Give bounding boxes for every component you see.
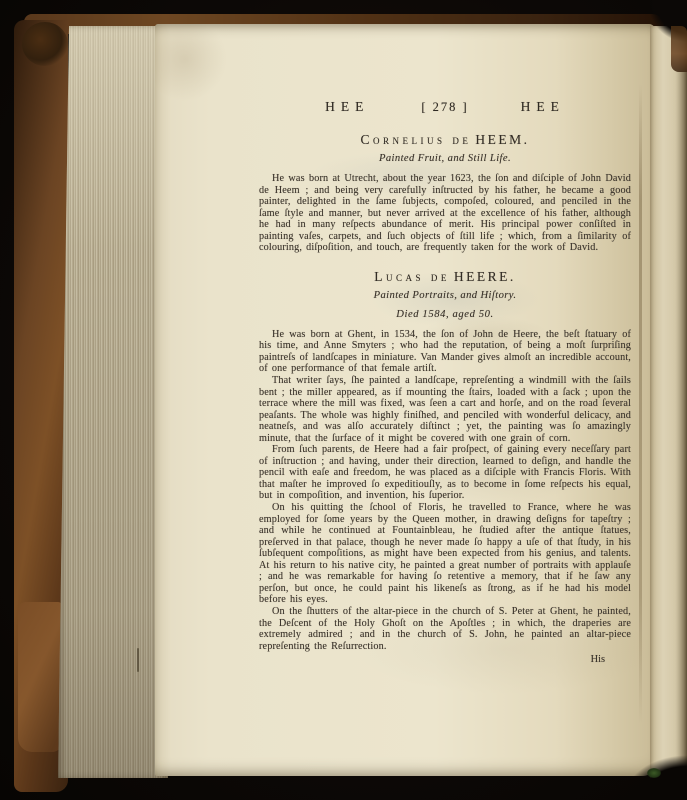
- entry-1-name-prefix: Cornelius de: [360, 132, 471, 147]
- entry-2-name: Lucas deHEERE.: [259, 269, 631, 285]
- entry-1-name-surname: HEEM.: [475, 132, 529, 147]
- page-number-folio: [ 278 ]: [421, 100, 468, 114]
- page-text-column: HEE [ 278 ] HEE Cornelius deHEEM. Painte…: [259, 100, 631, 665]
- entry-2-name-surname: HEERE.: [454, 269, 516, 284]
- entry-1-paragraph: He was born at Utrecht, about the year 1…: [259, 173, 631, 254]
- book-photo: HEE [ 278 ] HEE Cornelius deHEEM. Painte…: [0, 0, 687, 800]
- entry-2-paragraph: He was born at Ghent, in 1534, the ſon o…: [259, 329, 631, 375]
- book-page: HEE [ 278 ] HEE Cornelius deHEEM. Painte…: [155, 24, 655, 776]
- running-head-left: HEE: [325, 100, 369, 114]
- book-fore-edge-pages: [58, 26, 168, 778]
- entry-2-name-prefix: Lucas de: [374, 269, 450, 284]
- facing-page-edge: [650, 26, 687, 786]
- running-head-right: HEE: [521, 100, 565, 114]
- catchword: His: [259, 654, 631, 665]
- running-head: HEE [ 278 ] HEE: [259, 100, 631, 114]
- gutter-crease: [639, 84, 642, 724]
- entry-2-subtitle: Painted Portraits, and Hiſtory.: [259, 289, 631, 302]
- entry-2-paragraph: On the ſhutters of the altar-piece in th…: [259, 606, 631, 652]
- top-right-cover-edge: [671, 26, 687, 72]
- entry-2-death-note: Died 1584, aged 50.: [259, 308, 631, 321]
- fore-edge-blemish: [137, 648, 139, 672]
- entry-1-subtitle: Painted Fruit, and Still Life.: [259, 152, 631, 165]
- bottom-right-shadow-corner: [597, 730, 687, 800]
- bottom-right-green-speck: [647, 768, 661, 778]
- entry-1-name: Cornelius deHEEM.: [259, 132, 631, 148]
- entry-2-paragraph: That writer ſays, ſhe painted a landſcap…: [259, 375, 631, 444]
- entry-2-paragraph: On his quitting the ſchool of Floris, he…: [259, 502, 631, 606]
- entry-2-paragraph: From ſuch parents, de Heere had a fair p…: [259, 444, 631, 502]
